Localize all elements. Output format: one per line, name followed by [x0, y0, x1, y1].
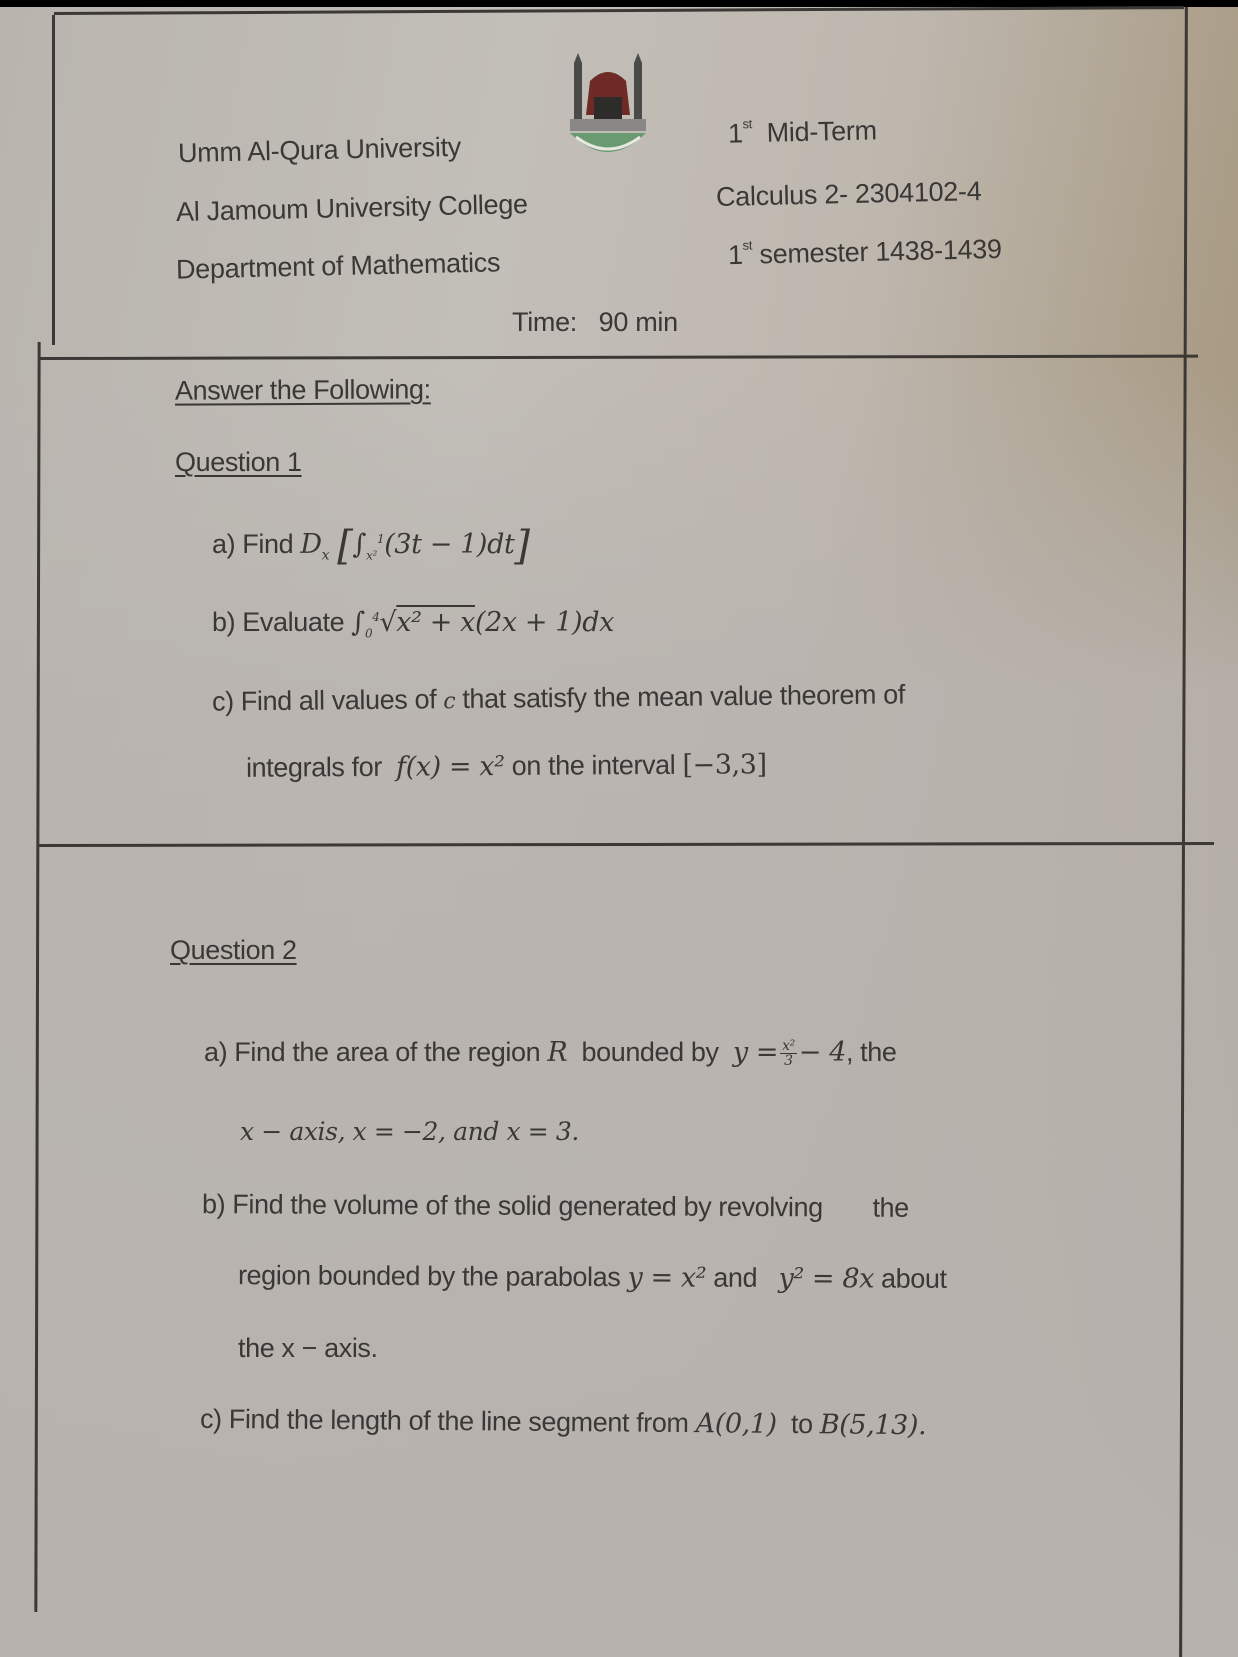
frame-top-border	[54, 6, 1184, 15]
question-1c-var: c	[443, 689, 455, 714]
question-2a-post: , the	[846, 1037, 897, 1067]
question-1c-line2-pre: integrals for	[246, 752, 382, 783]
question-1c-line2: integrals for f(x) = x² on the interval …	[246, 749, 767, 784]
question-1c-line2-post: on the interval	[512, 750, 676, 781]
exam-ordinal: 1	[728, 118, 743, 148]
question-1c-function: f(x) = x²	[396, 751, 505, 783]
question-2b-line2-pre: region bounded by the parabolas	[238, 1260, 621, 1292]
university-crest-icon	[560, 53, 656, 173]
semester-text: semester 1438-1439	[759, 234, 1002, 269]
question-2b-line1: b) Find the volume of the solid generate…	[202, 1189, 909, 1224]
question-2b-line2-post: about	[881, 1264, 947, 1294]
question-1c-line1: c) Find all values of c that satisfy the…	[212, 679, 905, 717]
question-1a-expression: Dx [∫x²1(3t − 1)dt]	[300, 529, 529, 560]
semester-ordinal: 1	[728, 240, 743, 270]
question-2c: c) Find the length of the line segment f…	[200, 1404, 926, 1441]
question-2a-line1: a) Find the area of the region R bounded…	[204, 1037, 897, 1068]
question-2b-post: the	[872, 1193, 909, 1223]
semester-ordinal-suffix: st	[742, 238, 752, 253]
exam-paper: Umm Al-Qura University Al Jamoum Univers…	[0, 7, 1238, 1657]
college-name: Al Jamoum University College	[176, 189, 528, 228]
question-2a-var: R	[547, 1037, 567, 1068]
frame-right-border	[1179, 7, 1188, 1657]
question-2-title: Question 2	[170, 935, 297, 966]
question-1c-post: that satisfy the mean value theorem of	[462, 679, 905, 714]
university-name: Umm Al-Qura University	[178, 132, 462, 169]
instructions-heading: Answer the Following:	[175, 374, 431, 406]
question-2b-equation-1: y = x²	[627, 1262, 706, 1293]
question-2a-line2: x − axis, x = −2, and x = 3.	[240, 1117, 579, 1146]
question-2a-pre: a) Find the area of the region	[204, 1037, 540, 1067]
course-code: Calculus 2- 2304102-4	[716, 176, 982, 213]
question-1a-label: a) Find	[212, 529, 293, 559]
exam-title: 1st Mid-Term	[728, 115, 877, 149]
frame-left-border-lower	[34, 342, 40, 1612]
department-name: Department of Mathematics	[176, 247, 501, 285]
question-2b-line2-mid: and	[713, 1263, 757, 1293]
question-divider	[38, 842, 1214, 847]
question-1c-pre: c) Find all values of	[212, 684, 437, 716]
time-label: Time:	[512, 307, 577, 337]
question-2b-line2: region bounded by the parabolas y = x² a…	[238, 1260, 947, 1295]
question-2b-pre: b) Find the volume of the solid generate…	[202, 1189, 823, 1222]
question-2c-point-a: A(0,1)	[696, 1408, 777, 1440]
question-2c-point-b: B(5,13).	[820, 1409, 927, 1441]
exam-name: Mid-Term	[766, 115, 877, 147]
question-1b-expression: ∫04√x² + x(2x + 1)dx	[351, 607, 614, 638]
question-2b-line3: the x − axis.	[238, 1333, 378, 1364]
time-value: 90 min	[599, 307, 678, 337]
question-2a-mid: bounded by	[581, 1037, 718, 1067]
question-1-title: Question 1	[175, 447, 302, 478]
question-2b-equation-2: y² = 8x	[778, 1263, 874, 1294]
exam-ordinal-suffix: st	[742, 116, 752, 131]
question-2c-mid: to	[791, 1409, 813, 1439]
question-1b: b) Evaluate ∫04√x² + x(2x + 1)dx	[212, 607, 614, 640]
question-2a-equation: y =x²3− 4	[733, 1037, 846, 1068]
question-1c-interval: [−3,3]	[682, 749, 766, 781]
question-2c-pre: c) Find the length of the line segment f…	[200, 1404, 689, 1438]
exam-duration: Time: 90 min	[512, 307, 678, 338]
semester-info: 1st semester 1438-1439	[728, 234, 1002, 271]
frame-left-border	[52, 15, 55, 345]
header-divider	[40, 355, 1198, 360]
question-1a: a) Find Dx [∫x²1(3t − 1)dt]	[212, 523, 530, 569]
question-1b-label: b) Evaluate	[212, 607, 344, 637]
